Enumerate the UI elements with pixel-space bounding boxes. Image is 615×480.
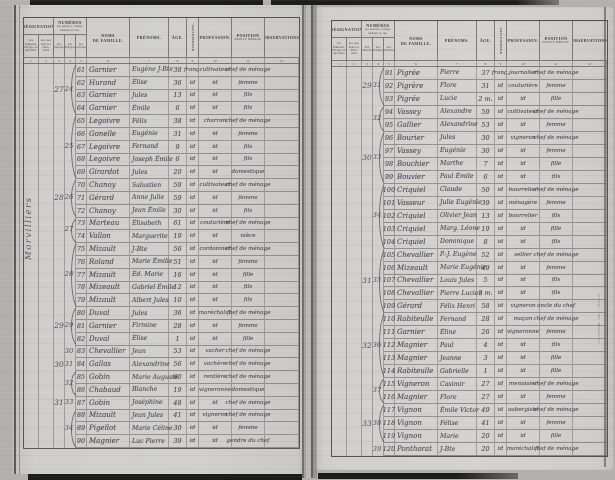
cell-nom: Duval	[87, 307, 130, 320]
cell-designation-rue	[347, 145, 362, 158]
cell-nationalite: id	[495, 106, 507, 119]
cell-designation-hameau	[24, 358, 39, 371]
cell-num-individu: 76	[76, 256, 87, 269]
menage-number: 34	[371, 211, 383, 219]
cell-num-maison	[362, 184, 373, 197]
cell-nom: Criquiel	[395, 184, 438, 197]
header-num-maisons: des maisons.	[362, 38, 373, 61]
cell-prenom: Félix Henri	[438, 300, 477, 313]
cell-num-individu: 103	[384, 223, 395, 236]
cell-nom: Legoivre	[87, 154, 130, 167]
cell-profession: vigneron	[507, 300, 540, 313]
cell-num-individu: 88	[76, 410, 87, 423]
column-number: 12	[573, 61, 607, 66]
cell-designation-rue	[347, 404, 362, 417]
column-number: 6	[87, 58, 130, 63]
cell-nom: Vigneron	[395, 378, 438, 391]
cell-profession: id	[507, 417, 540, 430]
cell-observations	[265, 333, 299, 346]
cell-num-individu: 84	[76, 358, 87, 371]
cell-designation-hameau	[332, 93, 347, 106]
cell-designation-hameau	[332, 378, 347, 391]
cell-position: fille	[540, 352, 573, 365]
cell-designation-rue	[39, 205, 54, 218]
cell-profession: id	[507, 262, 540, 275]
cell-prenom: Félise	[438, 417, 477, 430]
cell-nom: Mizault	[87, 410, 130, 423]
cell-num-individu: 86	[76, 384, 87, 397]
cell-position: chef de ménage	[232, 358, 265, 371]
cell-observations	[265, 294, 299, 307]
cell-nationalite: id	[495, 197, 507, 210]
cell-position: fille	[232, 333, 265, 346]
cell-designation-rue	[39, 282, 54, 295]
cell-age: 10	[169, 294, 187, 307]
cell-designation-rue	[39, 294, 54, 307]
cell-observations	[265, 346, 299, 359]
cell-nom: Legoivre	[87, 115, 130, 128]
cell-designation-hameau	[24, 333, 39, 346]
cell-position: chef de ménage	[540, 249, 573, 262]
cell-designation-rue	[347, 223, 362, 236]
cell-designation-hameau	[24, 141, 39, 154]
cell-num-maison	[362, 67, 373, 80]
margin-annotation: Morvilliers	[24, 172, 38, 284]
cell-age: 28	[169, 320, 187, 333]
cell-designation-rue	[39, 179, 54, 192]
cell-profession: id	[199, 128, 232, 141]
header-prenoms: PRÉNOMS.	[438, 21, 477, 61]
cell-num-individu: 77	[76, 269, 87, 282]
cell-age: 4	[477, 339, 495, 352]
cell-age: 6	[477, 171, 495, 184]
cell-observations	[265, 141, 299, 154]
column-number: 11	[540, 61, 573, 66]
cell-observations	[573, 326, 607, 339]
census-row: 72ChanoyJean Émile30ididfils	[24, 205, 299, 218]
cell-age: 30	[477, 145, 495, 158]
cell-observations	[573, 119, 607, 132]
column-number: 4	[373, 61, 384, 66]
cell-observations	[573, 171, 607, 184]
column-number: 12	[265, 58, 299, 63]
cell-nationalite: id	[495, 404, 507, 417]
census-table-right: DÉSIGNATION des hameaux, villages ou qua…	[331, 20, 608, 457]
cell-num-individu: 96	[384, 132, 395, 145]
cell-position: fille	[232, 269, 265, 282]
page-edge-line	[14, 5, 16, 474]
cell-num-individu: 109	[384, 300, 395, 313]
column-number: 5	[76, 58, 87, 63]
cell-designation-hameau	[332, 223, 347, 236]
cell-num-individu: 92	[384, 80, 395, 93]
cell-prenom: Gabriel Émile	[130, 282, 169, 295]
cell-age: 26	[477, 326, 495, 339]
cell-designation-hameau	[332, 262, 347, 275]
cell-designation-hameau	[24, 346, 39, 359]
cell-observations	[265, 154, 299, 167]
cell-profession: id	[199, 282, 232, 295]
cell-prenom: Jeanne	[438, 352, 477, 365]
cell-observations	[573, 339, 607, 352]
cell-observations	[573, 365, 607, 378]
cell-observations	[573, 313, 607, 326]
cell-profession: id	[507, 145, 540, 158]
cell-nationalite: id	[187, 269, 199, 282]
cell-age: 39	[169, 435, 187, 448]
cell-observations	[265, 102, 299, 115]
menage-number: 33	[63, 398, 75, 406]
cell-age: 56	[169, 243, 187, 256]
cell-nationalite: id	[187, 346, 199, 359]
cell-nationalite: id	[495, 313, 507, 326]
cell-observations	[573, 391, 607, 404]
cell-designation-rue	[347, 430, 362, 443]
menage-number: 36	[371, 341, 383, 349]
cell-nom: Vassey	[395, 145, 438, 158]
cell-designation-hameau	[24, 90, 39, 103]
cell-observations	[265, 371, 299, 384]
cell-num-maison	[54, 243, 65, 256]
cell-designation-hameau	[332, 443, 347, 456]
cell-nom: Garnier	[87, 320, 130, 333]
census-row: 100CriquielClaude50idbourrelierchef de m…	[332, 184, 607, 197]
cell-profession: id	[199, 269, 232, 282]
cell-num-individu: 91	[384, 67, 395, 80]
column-number: 3	[362, 61, 373, 66]
cell-position: femme	[540, 262, 573, 275]
cell-num-individu: 105	[384, 249, 395, 262]
cell-num-maison	[362, 262, 373, 275]
cell-designation-rue	[39, 192, 54, 205]
cell-num-individu: 68	[76, 154, 87, 167]
header-position: POSITIONDANS LE MÉNAGE.	[540, 21, 573, 61]
cell-position: fils	[540, 236, 573, 249]
cell-nationalite: id	[187, 154, 199, 167]
cell-observations	[573, 443, 607, 456]
cell-prenom: Marie Eugénie	[438, 262, 477, 275]
census-row: 99BouvierPaul Émile6ididfils	[332, 171, 607, 184]
table-body: 61GarnierEugène J-Bte38franç.cultivateur…	[24, 64, 299, 448]
cell-observations	[573, 158, 607, 171]
cell-designation-hameau	[24, 307, 39, 320]
census-row: 111GarnierÉline26idvigneronnefemme	[332, 326, 607, 339]
cell-observations	[573, 80, 607, 93]
cell-age: 28	[477, 313, 495, 326]
cell-num-individu: 67	[76, 141, 87, 154]
cell-nationalite: id	[495, 417, 507, 430]
cell-position: fille	[540, 365, 573, 378]
cell-designation-hameau	[332, 287, 347, 300]
cell-prenom: Émile	[130, 102, 169, 115]
census-row: 117VignonÉmile Victor49idaubergistechef …	[332, 404, 607, 417]
cell-num-individu: 65	[76, 115, 87, 128]
cell-num-individu: 69	[76, 166, 87, 179]
cell-age: 20	[169, 166, 187, 179]
cell-prenom: Luc Pierre	[130, 435, 169, 448]
cell-observations	[265, 166, 299, 179]
cell-nom: Mizault	[87, 269, 130, 282]
cell-designation-rue	[347, 391, 362, 404]
cell-observations	[265, 397, 299, 410]
cell-observations	[265, 320, 299, 333]
cell-nationalite: id	[495, 326, 507, 339]
census-row: 82DuvalÉlise1ididfille	[24, 333, 299, 346]
census-row: 91PigréePierre37franç.journalierchef de …	[332, 67, 607, 80]
cell-observations	[265, 64, 299, 77]
cell-prenom: Élisabeth	[130, 218, 169, 231]
cell-position: femme	[540, 417, 573, 430]
cell-designation-rue	[39, 141, 54, 154]
cell-num-maison	[362, 223, 373, 236]
cell-num-maison	[54, 205, 65, 218]
cell-age: 39	[477, 197, 495, 210]
cell-nom: Mizeault	[87, 282, 130, 295]
menage-number: 35	[371, 276, 383, 284]
cell-position: oncle du chef	[540, 300, 573, 313]
cell-designation-rue	[39, 115, 54, 128]
cell-age: 2 m.	[477, 287, 495, 300]
census-row: 101VasseurJulie Eugénie39idménagèrefemme	[332, 197, 607, 210]
cell-nom: Vasseur	[395, 197, 438, 210]
scanned-census-register: { "colors": { "background": "#b2b1af", "…	[0, 0, 615, 480]
cell-num-maison	[54, 64, 65, 77]
cell-nom: Gallas	[87, 358, 130, 371]
cell-nationalite: id	[495, 171, 507, 184]
cell-nom: Rabiteulle	[395, 365, 438, 378]
cell-designation-hameau	[24, 77, 39, 90]
menage-number: 33	[371, 153, 383, 161]
cell-prenom: Flore	[438, 391, 477, 404]
cell-prenom: Marie	[438, 430, 477, 443]
cell-nationalite: id	[495, 119, 507, 132]
cell-num-individu: 110	[384, 313, 395, 326]
cell-nom: Garnier	[87, 64, 130, 77]
cell-nationalite: id	[187, 294, 199, 307]
cell-nom: Criquiel	[395, 223, 438, 236]
census-row: 70ChanoySalustien59idcultivateurchef de …	[24, 179, 299, 192]
cell-designation-rue	[347, 67, 362, 80]
cell-observations	[265, 422, 299, 435]
cell-nationalite: id	[187, 115, 199, 128]
cell-position: chef de ménage	[232, 397, 265, 410]
cell-age: 48	[169, 397, 187, 410]
cell-designation-hameau	[24, 410, 39, 423]
cell-designation-hameau	[332, 300, 347, 313]
census-row: 76RolandMarie Émilie51ididfemme	[24, 256, 299, 269]
cell-designation-rue	[347, 313, 362, 326]
cell-nationalite: id	[495, 443, 507, 456]
census-row: 119VignonMarie20ididfille	[332, 430, 607, 443]
cell-nationalite: id	[187, 384, 199, 397]
cell-position: fils	[232, 294, 265, 307]
cell-age: 60	[169, 371, 187, 384]
cell-nationalite: id	[495, 80, 507, 93]
cell-nationalite: id	[187, 410, 199, 423]
cell-designation-rue	[347, 249, 362, 262]
cell-age: 41	[169, 410, 187, 423]
cell-designation-rue	[39, 384, 54, 397]
cell-prenom: Flore	[438, 80, 477, 93]
census-row: 110RabiteulleFernand28idmaçonchef de mén…	[332, 313, 607, 326]
cell-nationalite: id	[495, 339, 507, 352]
cell-nationalite: id	[495, 249, 507, 262]
cell-designation-rue	[347, 106, 362, 119]
cell-position: fils	[232, 154, 265, 167]
cell-position: nièce	[232, 230, 265, 243]
cell-observations	[573, 223, 607, 236]
cell-observations	[573, 67, 607, 80]
cell-nom: Vassey	[395, 106, 438, 119]
cell-profession: ménagère	[507, 197, 540, 210]
cell-num-individu: 82	[76, 333, 87, 346]
cell-designation-hameau	[332, 352, 347, 365]
cell-num-maison	[362, 326, 373, 339]
cell-designation-hameau	[332, 210, 347, 223]
column-number: 5	[384, 61, 395, 66]
cell-position: chef de ménage	[540, 378, 573, 391]
cell-nom: Vignon	[395, 404, 438, 417]
menage-number: 32	[371, 114, 383, 122]
cell-nom: Criquiel	[395, 210, 438, 223]
cell-num-individu: 93	[384, 93, 395, 106]
cell-num-maison	[54, 128, 65, 141]
cell-position: chef de ménage	[232, 64, 265, 77]
header-observations: OBSERVATIONS.	[573, 21, 607, 61]
cell-num-individu: 114	[384, 365, 395, 378]
cell-nom: Gérard	[395, 300, 438, 313]
column-number: 4	[65, 58, 76, 63]
cell-observations	[265, 358, 299, 371]
cell-designation-hameau	[332, 106, 347, 119]
cell-num-individu: 113	[384, 352, 395, 365]
cell-age: 13	[169, 90, 187, 103]
cell-designation-rue	[347, 300, 362, 313]
cell-prenom: Firmine	[130, 320, 169, 333]
census-row: 66GonelleEugénie31ididfemme	[24, 128, 299, 141]
cell-nationalite: id	[495, 223, 507, 236]
header-designation: DÉSIGNATION	[332, 21, 362, 38]
cell-num-individu: 80	[76, 307, 87, 320]
cell-observations	[573, 197, 607, 210]
cell-nom: Chabaud	[87, 384, 130, 397]
cell-prenom: Gabrielle	[438, 365, 477, 378]
cell-age: 6	[169, 102, 187, 115]
cell-prenom: Joseph Émile	[130, 154, 169, 167]
cell-position: domestique	[232, 166, 265, 179]
cell-prenom: J-Bte	[130, 243, 169, 256]
cell-position: fils	[540, 287, 573, 300]
cell-age: 30	[477, 132, 495, 145]
cell-position: chef de ménage	[232, 218, 265, 231]
cell-prenom: Jean	[130, 346, 169, 359]
cell-nationalite: id	[495, 352, 507, 365]
cell-profession: id	[507, 93, 540, 106]
menage-number: 39	[371, 445, 383, 453]
cell-profession: vigneronne	[199, 384, 232, 397]
cell-nom: Magnier	[395, 339, 438, 352]
cell-observations	[265, 435, 299, 448]
cell-num-individu: 90	[76, 435, 87, 448]
cell-num-individu: 99	[384, 171, 395, 184]
cell-position: femme	[540, 119, 573, 132]
cell-num-individu: 106	[384, 262, 395, 275]
cell-prenom: Émile Victor	[438, 404, 477, 417]
cell-designation-rue	[39, 154, 54, 167]
cell-observations	[573, 262, 607, 275]
cell-designation-hameau	[24, 384, 39, 397]
cell-designation-rue	[39, 102, 54, 115]
cell-profession: id	[199, 90, 232, 103]
column-number: 8	[477, 61, 495, 66]
cell-observations	[573, 132, 607, 145]
cell-observations	[265, 218, 299, 231]
cell-profession: id	[507, 430, 540, 443]
cell-position: chef de ménage	[232, 371, 265, 384]
cell-nom: Garnier	[395, 326, 438, 339]
cell-position: domestique	[232, 384, 265, 397]
cell-observations	[573, 378, 607, 391]
cell-age: 19	[169, 384, 187, 397]
header-noms: NOMSDE FAMILLE.	[87, 18, 130, 58]
cell-age: 5	[477, 275, 495, 288]
cell-designation-hameau	[24, 64, 39, 77]
cell-nom: Chevallier	[395, 275, 438, 288]
cell-position: chef de ménage	[540, 313, 573, 326]
header-designation-hameaux: des hameaux, villages ou quartiers	[332, 38, 347, 61]
cell-profession: id	[507, 236, 540, 249]
census-row: 78MizeaultGabriel Émile12ididfils	[24, 282, 299, 295]
cell-num-individu: 117	[384, 404, 395, 417]
cell-prenom: Marie Céline	[130, 422, 169, 435]
cell-observations	[573, 404, 607, 417]
column-number: 1	[332, 61, 347, 66]
cell-designation-hameau	[332, 391, 347, 404]
cell-prenom: Lucie	[438, 93, 477, 106]
cell-nom: Girardot	[87, 166, 130, 179]
cell-designation-rue	[347, 326, 362, 339]
cell-prenom: Albert Jules	[130, 294, 169, 307]
cell-nom: Duval	[87, 333, 130, 346]
cell-prenom: Marie Auguste	[130, 371, 169, 384]
cell-observations	[573, 145, 607, 158]
scan-top-edge	[30, 0, 263, 5]
cell-position: fils	[232, 205, 265, 218]
cell-num-maison	[54, 179, 65, 192]
cell-designation-rue	[39, 371, 54, 384]
header-profession: PROFESSION.	[507, 21, 540, 61]
column-number: 8	[169, 58, 187, 63]
cell-designation-rue	[347, 287, 362, 300]
cell-designation-hameau	[332, 404, 347, 417]
cell-nationalite: id	[187, 307, 199, 320]
menage-number: 25	[63, 142, 75, 150]
cell-nom: Magnier	[395, 391, 438, 404]
cell-num-individu: 71	[76, 192, 87, 205]
cell-nationalite: id	[187, 256, 199, 269]
cell-num-maison	[362, 249, 373, 262]
cell-designation-rue	[347, 236, 362, 249]
cell-age: 51	[169, 256, 187, 269]
cell-position: femme	[540, 197, 573, 210]
cell-observations	[265, 243, 299, 256]
cell-nationalite: id	[187, 333, 199, 346]
cell-num-individu: 111	[384, 326, 395, 339]
cell-nationalite: id	[495, 275, 507, 288]
cell-position: chef de ménage	[232, 307, 265, 320]
cell-prenom: Paul Émile	[438, 171, 477, 184]
menage-number: 30	[63, 347, 75, 355]
